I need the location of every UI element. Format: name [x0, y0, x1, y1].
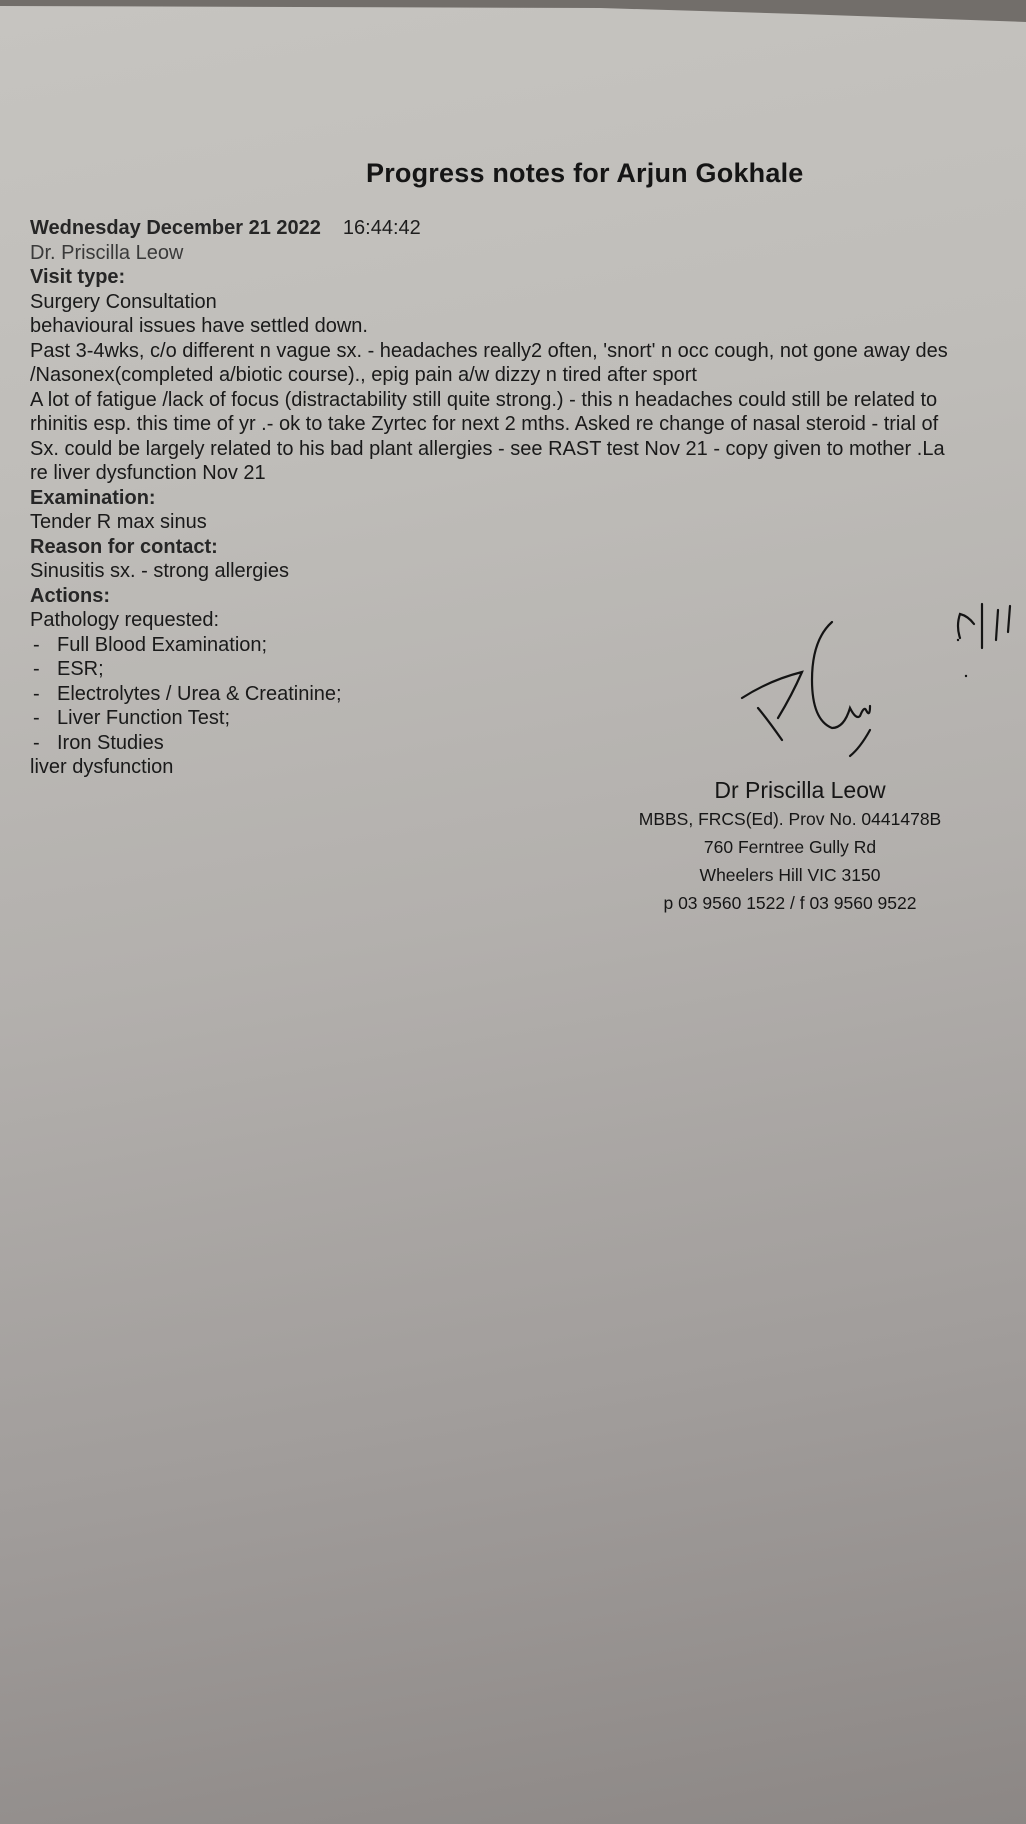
- signature-block: Dr Priscilla Leow MBBS, FRCS(Ed). Prov N…: [590, 775, 990, 917]
- page-title: Progress notes for Arjun Gokhale: [366, 158, 804, 189]
- examination-label: Examination:: [30, 486, 1026, 511]
- bullet-marker: -: [30, 657, 57, 682]
- bullet-marker: -: [30, 706, 57, 731]
- note-line: behavioural issues have settled down.: [30, 314, 1026, 339]
- visit-time: 16:44:42: [343, 217, 421, 239]
- reason-label: Reason for contact:: [30, 535, 1026, 560]
- doctor-name: Dr Priscilla Leow: [610, 775, 990, 805]
- contact-numbers: p 03 9560 1522 / f 03 9560 9522: [590, 889, 990, 917]
- doctor-credentials: MBBS, FRCS(Ed). Prov No. 0441478B: [590, 805, 990, 833]
- visit-type-label: Visit type:: [30, 265, 1026, 290]
- note-line: A lot of fatigue /lack of focus (distrac…: [30, 388, 1026, 413]
- visit-doctor: Dr. Priscilla Leow: [30, 241, 1026, 266]
- paper-page: Progress notes for Arjun Gokhale Wednesd…: [0, 0, 1026, 1824]
- note-line: /Nasonex(completed a/biotic course)., ep…: [30, 363, 1026, 388]
- note-line: Sx. could be largely related to his bad …: [30, 437, 1026, 462]
- note-line: Past 3-4wks, c/o different n vague sx. -…: [30, 339, 1026, 364]
- visit-date: Wednesday December 21 2022: [30, 217, 321, 239]
- visit-type-value: Surgery Consultation: [30, 290, 1026, 315]
- note-line: rhinitis esp. this time of yr .- ok to t…: [30, 412, 1026, 437]
- note-line: re liver dysfunction Nov 21: [30, 461, 1026, 486]
- bullet-marker: -: [30, 731, 57, 756]
- address-line-2: Wheelers Hill VIC 3150: [590, 861, 990, 889]
- bullet-marker: -: [30, 633, 57, 658]
- bullet-marker: -: [30, 682, 57, 707]
- reason-value: Sinusitis sx. - strong allergies: [30, 559, 1026, 584]
- visit-datetime: Wednesday December 21 202216:44:42: [30, 216, 1026, 241]
- examination-value: Tender R max sinus: [30, 510, 1026, 535]
- address-line-1: 760 Ferntree Gully Rd: [590, 833, 990, 861]
- handwritten-signature-icon: [720, 600, 1026, 780]
